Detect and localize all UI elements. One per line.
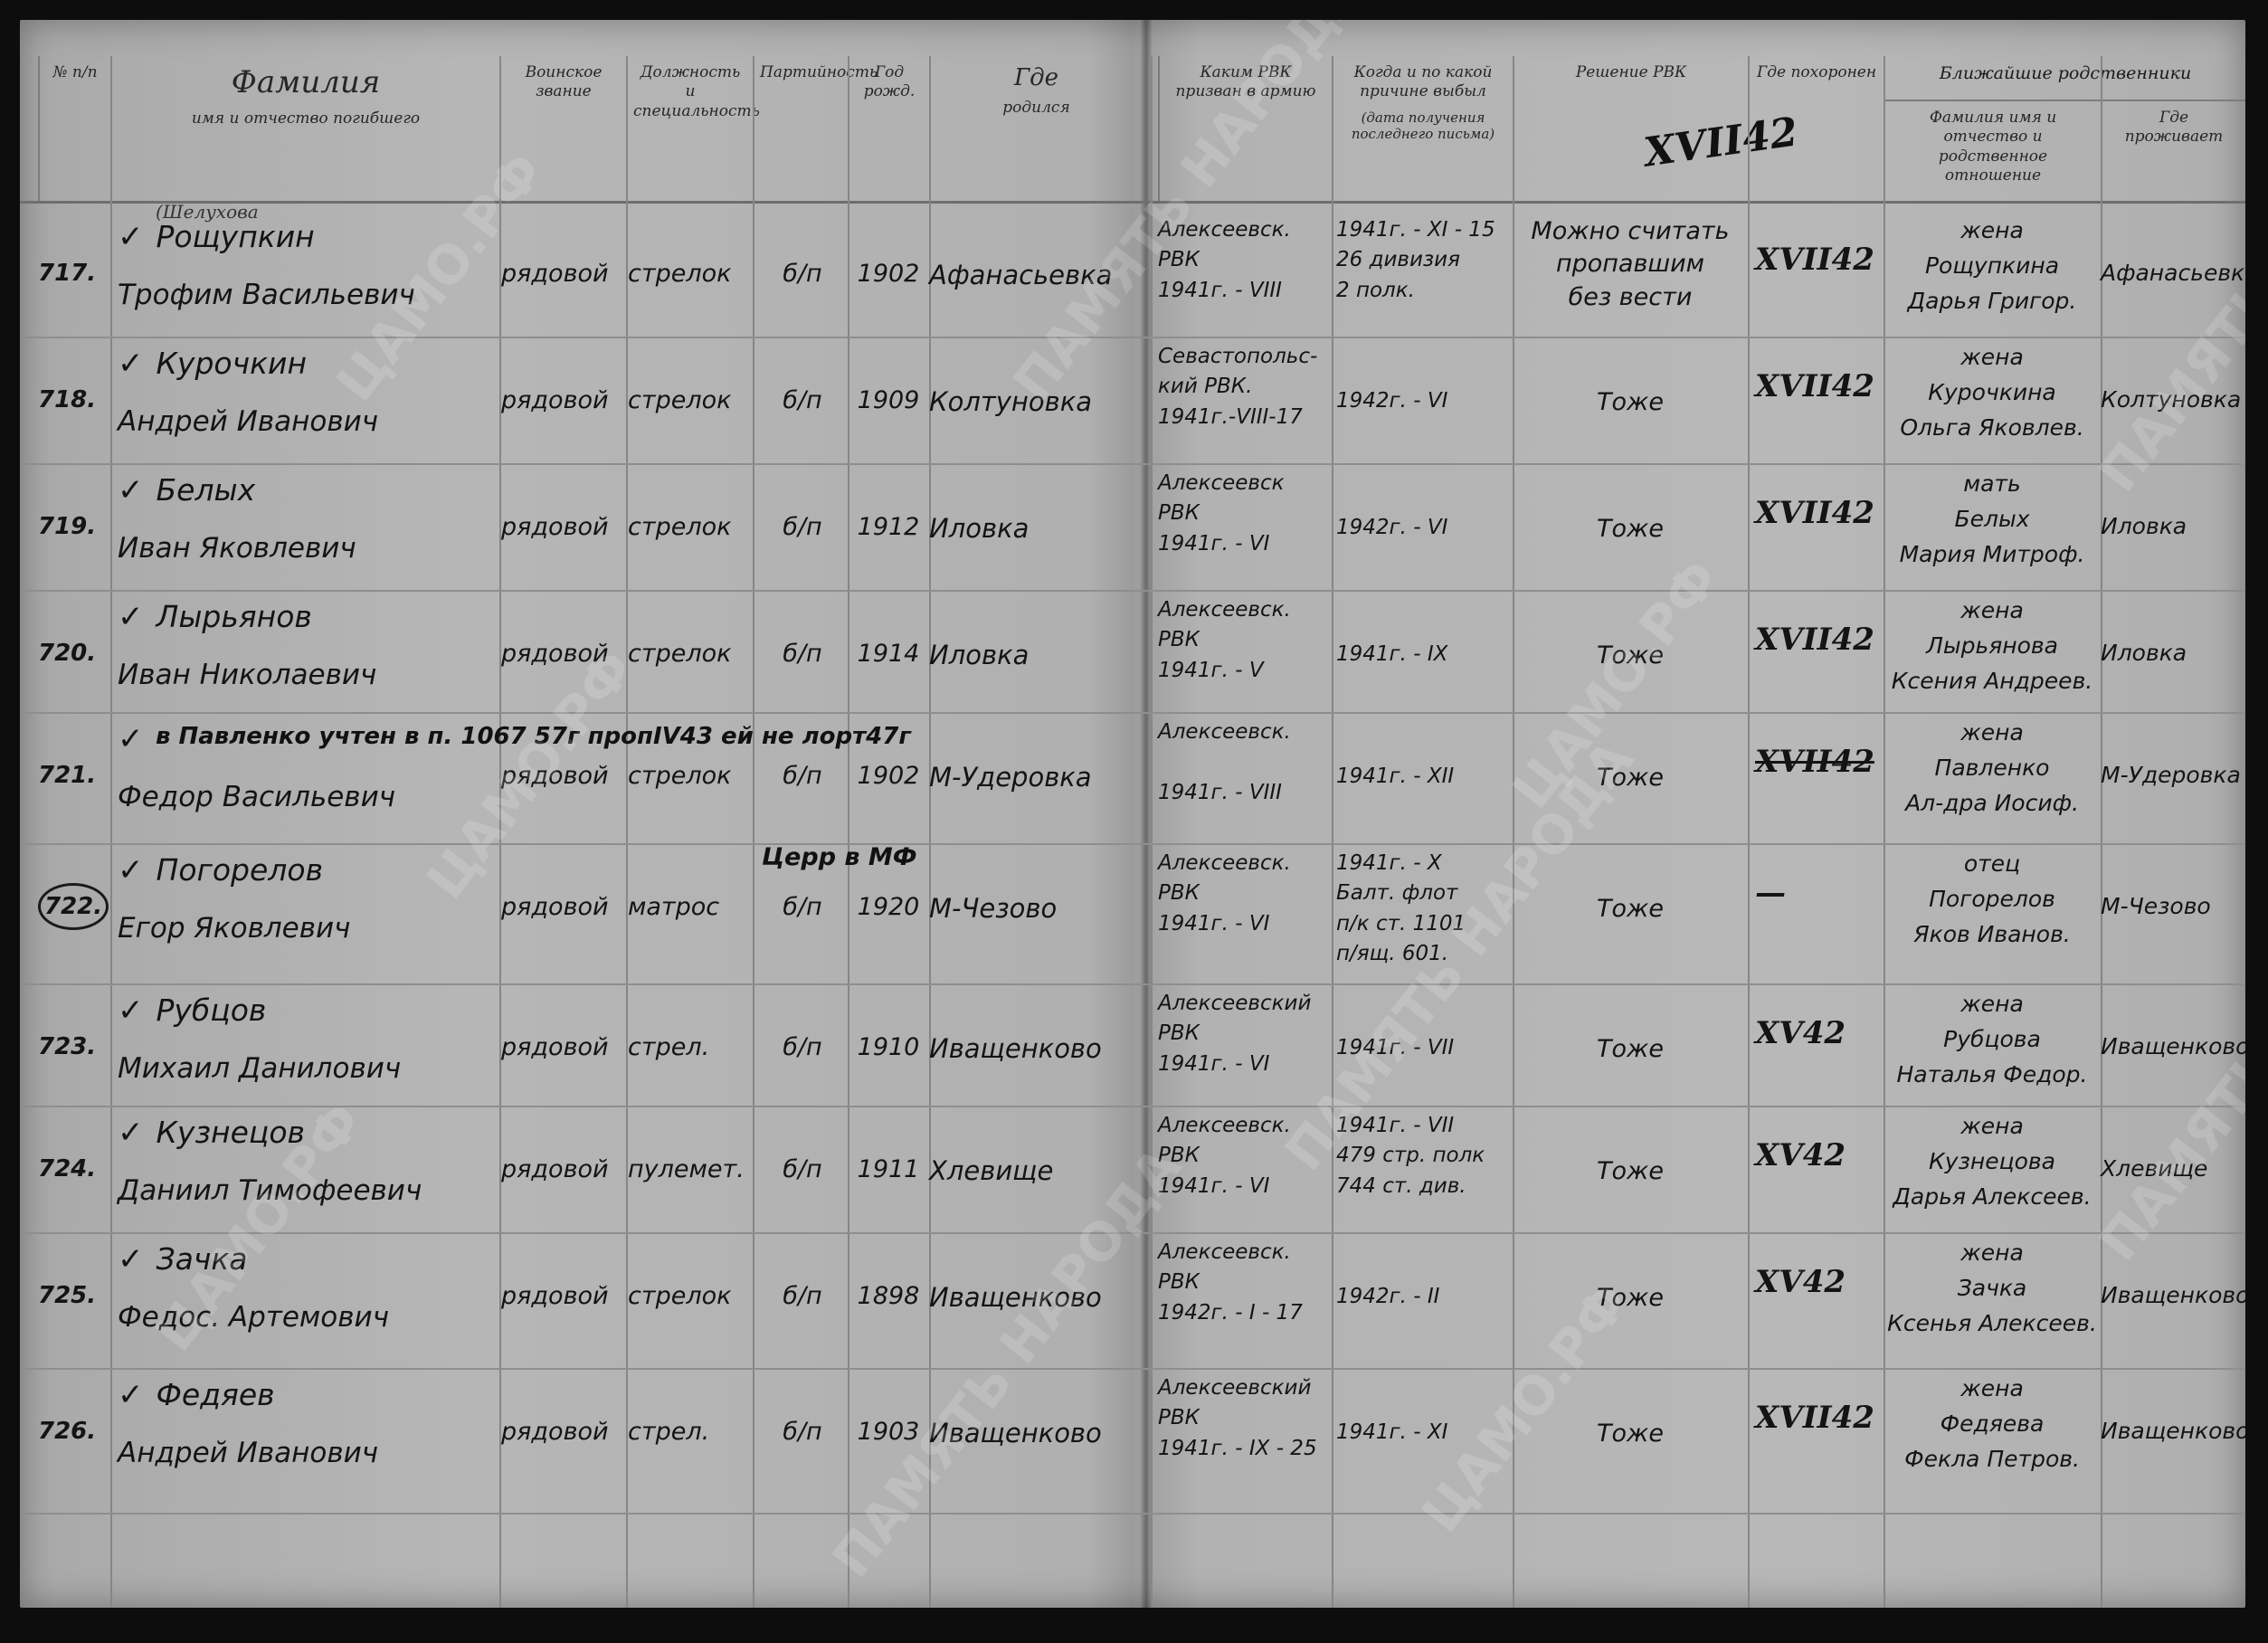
decision-line: Можно считать	[1522, 215, 1739, 248]
decision-stamp: XVII42	[1755, 368, 1873, 404]
entry-number: 726.	[38, 1418, 110, 1445]
relative-info: женаРощупкинаДарья Григор.	[1884, 214, 2101, 318]
entry-number: 725.	[38, 1282, 110, 1309]
relative-info: отецПогореловЯков Иванов.	[1884, 847, 2101, 952]
rvk-line: Алексеевск.	[1158, 1111, 1334, 1141]
party: б/п	[757, 386, 848, 414]
header-label: Воинское звание	[526, 63, 603, 100]
rank: рядовой	[501, 513, 628, 541]
entry-number-text: 723.	[38, 1033, 96, 1060]
rvk-decision: Тоже	[1522, 762, 1739, 794]
when-line: 744 ст. див.	[1336, 1172, 1508, 1201]
decision-line: Тоже	[1522, 386, 1739, 419]
birthplace: Колтуновка	[929, 386, 1137, 417]
given-name: Федор Васильевич	[118, 781, 498, 813]
header-label: Должность и специальность	[633, 63, 760, 120]
rank: рядовой	[501, 1033, 628, 1061]
given-name: Иван Николаевич	[118, 659, 498, 691]
year: 1898	[848, 1282, 929, 1310]
entry-number: 723.	[38, 1033, 110, 1060]
surname-line: ✓Рощупкин	[118, 219, 498, 255]
rvk-line: 1941г. - VI	[1158, 1172, 1334, 1201]
rvk-line: Алексеевск.	[1158, 595, 1334, 625]
rvk-line: Севастопольс-	[1158, 342, 1334, 372]
when-line: 26 дивизия	[1336, 245, 1508, 275]
rvk-line: Алексеевск	[1158, 469, 1334, 499]
when-line: 1941г. - XI	[1336, 1418, 1508, 1448]
position: стрелок	[628, 1282, 754, 1310]
header-label-sub: родился	[1002, 99, 1069, 117]
decision-stamp: XVII42	[1755, 622, 1873, 658]
birthplace: М-Удеровка	[929, 762, 1137, 793]
rank: рядовой	[501, 893, 628, 921]
conscription-office: АлексеевскийРВК1941г. - VI	[1158, 989, 1334, 1079]
rvk-line: РВК	[1158, 1141, 1334, 1171]
relationship: жена	[1884, 716, 2101, 751]
decision-line: Тоже	[1522, 513, 1739, 546]
given-name: Иван Яковлевич	[118, 532, 498, 565]
entry-number-text: 718.	[38, 386, 96, 413]
departure-date: 1942г. - VI	[1336, 386, 1508, 416]
birthplace: Иловка	[929, 640, 1137, 670]
checkmark-icon: ✓	[118, 721, 144, 757]
position: стрелок	[628, 260, 754, 288]
year: 1903	[848, 1418, 929, 1446]
surname-line: ✓Погорелов	[118, 852, 498, 888]
relative-info: женаРубцоваНаталья Федор.	[1884, 987, 2101, 1092]
checkmark-icon: ✓	[118, 1115, 144, 1151]
soldier-name: ✓ФедяевАндрей Иванович	[118, 1377, 498, 1469]
entry-number: 718.	[38, 386, 110, 413]
decision-line: Тоже	[1522, 1418, 1739, 1450]
header-name: Фамилияимя и отчество погибшего	[110, 56, 499, 201]
birthplace: Афанасьевка	[929, 260, 1137, 290]
entry-number-text: 726.	[38, 1418, 96, 1445]
entry-number: 724.	[38, 1155, 110, 1182]
year: 1910	[848, 1033, 929, 1061]
departure-date: 1941г. - IX	[1336, 640, 1508, 670]
rvk-line: РВК	[1158, 245, 1334, 275]
decision-line: Тоже	[1522, 1033, 1739, 1066]
position: стрел.	[628, 1418, 754, 1446]
given-name: Андрей Иванович	[118, 405, 498, 438]
header-year: Год рожд.	[848, 56, 929, 201]
relative-name-line: Погорелов	[1884, 882, 2101, 917]
ledger-page: № п/пФамилияимя и отчество погибшегоВоин…	[20, 20, 2245, 1608]
surname: Белых	[157, 472, 256, 508]
relative-address: Иловка	[2101, 640, 2245, 666]
relationship: жена	[1884, 594, 2101, 629]
surname: Федяев	[157, 1377, 275, 1412]
relatives-group-label: Ближайшие родственники	[1884, 56, 2245, 101]
rank: рядовой	[501, 762, 628, 790]
relative-info: женаКузнецоваДарья Алексеев.	[1884, 1109, 2101, 1214]
relative-name-line: Рубцова	[1884, 1022, 2101, 1058]
relative-name-line: Ксенья Алексеев.	[1884, 1306, 2101, 1342]
relative-name-line: Курочкина	[1884, 375, 2101, 411]
handwritten-note: в Павленко учтен в п. 1067 57г пропIV43 …	[156, 723, 911, 750]
relative-name-line: Фекла Петров.	[1884, 1442, 2101, 1477]
position: стрелок	[628, 640, 754, 668]
entry-number: 720.	[38, 640, 110, 667]
relative-address: Иващенково	[2101, 1418, 2245, 1444]
relative-name-line: Федяева	[1884, 1407, 2101, 1442]
relative-info: женаЛырьяноваКсения Андреев.	[1884, 594, 2101, 698]
soldier-name: ✓РубцовМихаил Данилович	[118, 992, 498, 1085]
relative-name-line: Наталья Федор.	[1884, 1058, 2101, 1093]
header-label-main: Где	[936, 63, 1136, 93]
checkmark-icon: ✓	[118, 346, 144, 382]
birthplace: Иващенково	[929, 1418, 1137, 1448]
surname-line: ✓Белых	[118, 472, 498, 508]
when-line: 1942г. - VI	[1336, 386, 1508, 416]
position: стрел.	[628, 1033, 754, 1061]
surname-line: ✓Федяев	[118, 1377, 498, 1413]
header-label: Где проживает	[2125, 109, 2224, 146]
relative-name-line: Дарья Григор.	[1884, 284, 2101, 319]
year: 1911	[848, 1155, 929, 1183]
year: 1912	[848, 513, 929, 541]
conscription-office: Алексеевск.РВК1941г. - VI	[1158, 849, 1334, 939]
rvk-decision: Тоже	[1522, 513, 1739, 546]
position: стрелок	[628, 762, 754, 790]
header-rel_name: Фамилия имя и отчество и родственное отн…	[1884, 101, 2101, 201]
departure-date: 1941г. - XI - 1526 дивизия2 полк.	[1336, 215, 1508, 306]
position: пулемет.	[628, 1155, 754, 1183]
rvk-line: 1941г. - VIII	[1158, 276, 1334, 306]
decision-line: пропавшим	[1522, 248, 1739, 280]
soldier-name: ✓КурочкинАндрей Иванович	[118, 346, 498, 438]
when-line: 1942г. - II	[1336, 1282, 1508, 1312]
header-birthplace: Гдеродился	[929, 56, 1142, 201]
conscription-office: Алексеевск.РВК1942г. - I - 17	[1158, 1238, 1334, 1328]
checkmark-icon: ✓	[118, 1377, 144, 1413]
header-rel_addr: Где проживает	[2101, 101, 2245, 201]
relative-name-line: Кузнецова	[1884, 1144, 2101, 1180]
rvk-decision: Можно считатьпропавшимбез вести	[1522, 215, 1739, 314]
table-row: 723.✓РубцовМихаил Даниловичрядовойстрел.…	[20, 983, 2245, 1107]
relative-name-line: Ал-дра Иосиф.	[1884, 786, 2101, 821]
conscription-office: Севастопольс-кий РВК.1941г.-VIII-17	[1158, 342, 1334, 432]
table-header: № п/пФамилияимя и отчество погибшегоВоин…	[20, 20, 2245, 204]
header-position: Должность и специальность	[626, 56, 753, 201]
decision-stamp: XV42	[1755, 1015, 1873, 1051]
decision-line: без вести	[1522, 281, 1739, 314]
surname: Лырьянов	[157, 599, 312, 634]
conscription-office: Алексеевск.РВК1941г. - VIII	[1158, 215, 1334, 306]
decision-line: Тоже	[1522, 762, 1739, 794]
handwritten-annotation: Церр в МФ	[762, 843, 917, 871]
rvk-decision: Тоже	[1522, 1155, 1739, 1188]
departure-date: 1941г. - XII	[1336, 762, 1508, 792]
table-row: 717.✓РощупкинТрофим Васильевичрядовойстр…	[20, 210, 2245, 338]
rvk-decision: Тоже	[1522, 386, 1739, 419]
rvk-line: Алексеевск.	[1158, 849, 1334, 878]
decision-stamp: XVII42	[1755, 495, 1873, 531]
entry-number: 721.	[38, 762, 110, 789]
rvk-decision: Тоже	[1522, 1033, 1739, 1066]
when-line: п/к ст. 1101	[1336, 909, 1508, 939]
checkmark-icon: ✓	[118, 852, 144, 888]
birthplace: Хлевище	[929, 1155, 1137, 1186]
table-row: 721.✓Федор Васильевичв Павленко учтен в …	[20, 712, 2245, 845]
departure-date: 1942г. - II	[1336, 1282, 1508, 1312]
decision-stamp: XV42	[1755, 1137, 1873, 1173]
relationship: жена	[1884, 340, 2101, 375]
departure-date: 1941г. - XБалт. флотп/к ст. 1101п/ящ. 60…	[1336, 849, 1508, 969]
relative-name-line: Лырьянова	[1884, 629, 2101, 664]
party: б/п	[757, 1418, 848, 1446]
relationship: отец	[1884, 847, 2101, 882]
table-row: 718.✓КурочкинАндрей Ивановичрядовойстрел…	[20, 337, 2245, 465]
header-label: Решение РВК	[1576, 63, 1686, 81]
entry-number: 722.	[38, 893, 110, 920]
surname: Курочкин	[157, 346, 308, 381]
rvk-decision: Тоже	[1522, 640, 1739, 672]
relative-info: женаЗачкаКсенья Алексеев.	[1884, 1236, 2101, 1341]
header-label: № п/п	[52, 63, 97, 81]
entry-number-text: 724.	[38, 1155, 96, 1182]
decision-line: Тоже	[1522, 640, 1739, 672]
header-when: Когда и по какой причине выбыл(дата полу…	[1332, 56, 1513, 201]
surname-line: ✓Курочкин	[118, 346, 498, 382]
relative-address: Иващенково	[2101, 1033, 2245, 1059]
relative-info: матьБелыхМария Митроф.	[1884, 467, 2101, 572]
position: стрелок	[628, 513, 754, 541]
given-name: Андрей Иванович	[118, 1437, 498, 1469]
rvk-line: 1942г. - I - 17	[1158, 1298, 1334, 1328]
rvk-decision: Тоже	[1522, 1282, 1739, 1315]
birthplace: Иващенково	[929, 1033, 1137, 1064]
party: б/п	[757, 513, 848, 541]
conscription-office: АлексеевскРВК1941г. - VI	[1158, 469, 1334, 559]
relationship: жена	[1884, 1236, 2101, 1271]
rank: рядовой	[501, 1418, 628, 1446]
rvk-decision: Тоже	[1522, 893, 1739, 926]
relative-address: М-Чезово	[2101, 893, 2245, 919]
relative-address: Колтуновка	[2101, 386, 2245, 413]
when-line: 1941г. - XI - 15	[1336, 215, 1508, 245]
checkmark-icon: ✓	[118, 472, 144, 508]
header-label: Когда и по какой причине выбыл	[1354, 63, 1493, 100]
header-label-main: Фамилия	[118, 63, 494, 102]
rank: рядовой	[501, 386, 628, 414]
year: 1914	[848, 640, 929, 668]
party: б/п	[757, 893, 848, 921]
surname: Зачка	[157, 1241, 248, 1277]
when-line: 1941г. - XII	[1336, 762, 1508, 792]
rank: рядовой	[501, 1282, 628, 1310]
rvk-line: Алексеевск.	[1158, 1238, 1334, 1268]
relative-name-line: Дарья Алексеев.	[1884, 1180, 2101, 1215]
rank: рядовой	[501, 1155, 628, 1183]
year: 1909	[848, 386, 929, 414]
rvk-line: 1941г. - VI	[1158, 1049, 1334, 1079]
rvk-decision: Тоже	[1522, 1418, 1739, 1450]
table-row: 719.✓БелыхИван Яковлевичрядовойстрелокб/…	[20, 463, 2245, 592]
party: б/п	[757, 1033, 848, 1061]
given-name: Даниил Тимофеевич	[118, 1174, 498, 1207]
entry-number-text: 719.	[38, 513, 96, 540]
soldier-name: ✓РощупкинТрофим Васильевич	[118, 219, 498, 311]
entry-number-text: 725.	[38, 1282, 96, 1309]
surname: Рощупкин	[157, 219, 315, 254]
soldier-name: ✓ЗачкаФедос. Артемович	[118, 1241, 498, 1334]
header-label: Год рожд.	[864, 63, 916, 100]
header-rvk: Каким РВК призван в армию	[1158, 56, 1332, 201]
surname: Кузнецов	[157, 1115, 305, 1150]
rvk-line: кий РВК.	[1158, 372, 1334, 402]
party: б/п	[757, 762, 848, 790]
decision-line: Тоже	[1522, 893, 1739, 926]
relative-info: женаКурочкинаОльга Яковлев.	[1884, 340, 2101, 445]
surname-line: ✓Кузнецов	[118, 1115, 498, 1151]
party: б/п	[757, 1282, 848, 1310]
party: б/п	[757, 1155, 848, 1183]
year: 1920	[848, 893, 929, 921]
relationship: жена	[1884, 987, 2101, 1022]
header-label: Каким РВК призван в армию	[1175, 63, 1315, 100]
conscription-office: Алексеевск.РВК1941г. - V	[1158, 595, 1334, 686]
rvk-line: РВК	[1158, 499, 1334, 528]
header-label-sub: имя и отчество погибшего	[192, 109, 420, 128]
table-row: 726.✓ФедяевАндрей Ивановичрядовойстрел.б…	[20, 1368, 2245, 1515]
checkmark-icon: ✓	[118, 1241, 144, 1277]
party: б/п	[757, 640, 848, 668]
rvk-line	[1158, 747, 1334, 777]
year: 1902	[848, 260, 929, 288]
table-row: 725.✓ЗачкаФедос. Артемовичрядовойстрелок…	[20, 1232, 2245, 1370]
departure-date: 1942г. - VI	[1336, 513, 1508, 543]
entry-number: 717.	[38, 260, 110, 287]
birthplace: Иловка	[929, 513, 1137, 544]
rank: рядовой	[501, 260, 628, 288]
surname-line: ✓Рубцов	[118, 992, 498, 1029]
relationship: жена	[1884, 214, 2101, 249]
surname-line: ✓Зачка	[118, 1241, 498, 1277]
position: стрелок	[628, 386, 754, 414]
relative-address: М-Удеровка	[2101, 762, 2245, 788]
relative-name-line: Зачка	[1884, 1271, 2101, 1306]
decision-line: Тоже	[1522, 1155, 1739, 1188]
given-name: Трофим Васильевич	[118, 279, 498, 311]
relationship: мать	[1884, 467, 2101, 502]
given-name: Федос. Артемович	[118, 1301, 498, 1334]
rvk-line: РВК	[1158, 1268, 1334, 1297]
surname: Рубцов	[157, 992, 267, 1028]
decision-stamp: XVII42	[1755, 242, 1873, 278]
departure-date: 1941г. - XI	[1336, 1418, 1508, 1448]
relative-address: Афанасьевка	[2101, 260, 2245, 286]
soldier-name: ✓БелыхИван Яковлевич	[118, 472, 498, 565]
rvk-line: Алексеевск.	[1158, 215, 1334, 245]
when-line: п/ящ. 601.	[1336, 939, 1508, 969]
entry-number-text: 722.	[38, 883, 109, 930]
relative-name-line: Ольга Яковлев.	[1884, 411, 2101, 446]
rank: рядовой	[501, 640, 628, 668]
checkmark-icon: ✓	[118, 599, 144, 635]
rvk-line: РВК	[1158, 1019, 1334, 1049]
relative-info: женаФедяеваФекла Петров.	[1884, 1372, 2101, 1477]
rvk-line: 1941г. - V	[1158, 656, 1334, 686]
table-row: 722.✓ПогореловЕгор ЯковлевичЦерр в МФряд…	[20, 843, 2245, 985]
checkmark-icon: ✓	[118, 219, 144, 255]
birthplace: Иващенково	[929, 1282, 1137, 1313]
soldier-name: ✓ЛырьяновИван Николаевич	[118, 599, 498, 691]
decision-stamp: XVII42	[1755, 744, 1873, 780]
when-line: 2 полк.	[1336, 276, 1508, 306]
relationship: жена	[1884, 1109, 2101, 1144]
relative-address: Хлевище	[2101, 1155, 2245, 1182]
relative-name-line: Рощупкина	[1884, 249, 2101, 284]
decision-stamp: XV42	[1755, 1264, 1873, 1300]
rvk-line: 1941г. - VI	[1158, 529, 1334, 559]
when-line: 1941г. - IX	[1336, 640, 1508, 670]
header-rank: Воинское звание	[499, 56, 626, 201]
header-label: Фамилия имя и отчество и родственное отн…	[1930, 109, 2056, 185]
relative-name-line: Мария Митроф.	[1884, 537, 2101, 573]
conscription-office: Алексеевск. 1941г. - VIII	[1158, 717, 1334, 808]
decision-line: Тоже	[1522, 1282, 1739, 1315]
soldier-name: ✓КузнецовДаниил Тимофеевич	[118, 1115, 498, 1207]
relative-name-line: Ксения Андреев.	[1884, 664, 2101, 699]
table-row: 720.✓ЛырьяновИван Николаевичрядовойстрел…	[20, 590, 2245, 714]
conscription-office: АлексеевскийРВК1941г. - IX - 25	[1158, 1373, 1334, 1464]
rvk-line: Алексеевский	[1158, 1373, 1334, 1403]
relative-info: женаПавленкоАл-дра Иосиф.	[1884, 716, 2101, 821]
given-name: Егор Яковлевич	[118, 912, 498, 945]
rvk-line: 1941г. - VI	[1158, 909, 1334, 939]
when-line: 479 стр. полк	[1336, 1141, 1508, 1171]
header-label-note: (дата получения последнего письма)	[1339, 109, 1507, 144]
when-line: 1941г. - VII	[1336, 1111, 1508, 1141]
when-line: 1941г. - X	[1336, 849, 1508, 878]
when-line: 1941г. - VII	[1336, 1033, 1508, 1063]
header-party: Партийность	[753, 56, 848, 201]
rvk-line: РВК	[1158, 625, 1334, 655]
rvk-line: 1941г. - IX - 25	[1158, 1434, 1334, 1464]
entry-number-text: 720.	[38, 640, 96, 667]
header-num: № п/п	[38, 56, 110, 201]
party: б/п	[757, 260, 848, 288]
conscription-office: Алексеевск.РВК1941г. - VI	[1158, 1111, 1334, 1201]
header-label: Где похоронен	[1757, 63, 1876, 81]
when-line: 1942г. - VI	[1336, 513, 1508, 543]
when-line: Балт. флот	[1336, 878, 1508, 908]
decision-stamp: —	[1755, 875, 1873, 911]
entry-number-text: 721.	[38, 762, 96, 789]
rvk-line: 1941г.-VIII-17	[1158, 403, 1334, 432]
relative-address: Иловка	[2101, 513, 2245, 539]
position: матрос	[628, 893, 754, 921]
table-row: 724.✓КузнецовДаниил Тимофеевичрядовойпул…	[20, 1106, 2245, 1234]
relative-name-line: Белых	[1884, 502, 2101, 537]
rvk-line: Алексеевск.	[1158, 717, 1334, 747]
surname-line: ✓Лырьянов	[118, 599, 498, 635]
checkmark-icon: ✓	[118, 992, 144, 1029]
surname: Погорелов	[157, 852, 324, 888]
relative-name-line: Павленко	[1884, 751, 2101, 786]
entry-number: 719.	[38, 513, 110, 540]
birthplace: М-Чезово	[929, 893, 1137, 924]
rvk-line: 1941г. - VIII	[1158, 778, 1334, 808]
rvk-line: РВК	[1158, 1403, 1334, 1433]
entry-number-text: 717.	[38, 260, 96, 287]
given-name: Михаил Данилович	[118, 1052, 498, 1085]
relative-address: Иващенково	[2101, 1282, 2245, 1308]
rvk-line: РВК	[1158, 878, 1334, 908]
year: 1902	[848, 762, 929, 790]
